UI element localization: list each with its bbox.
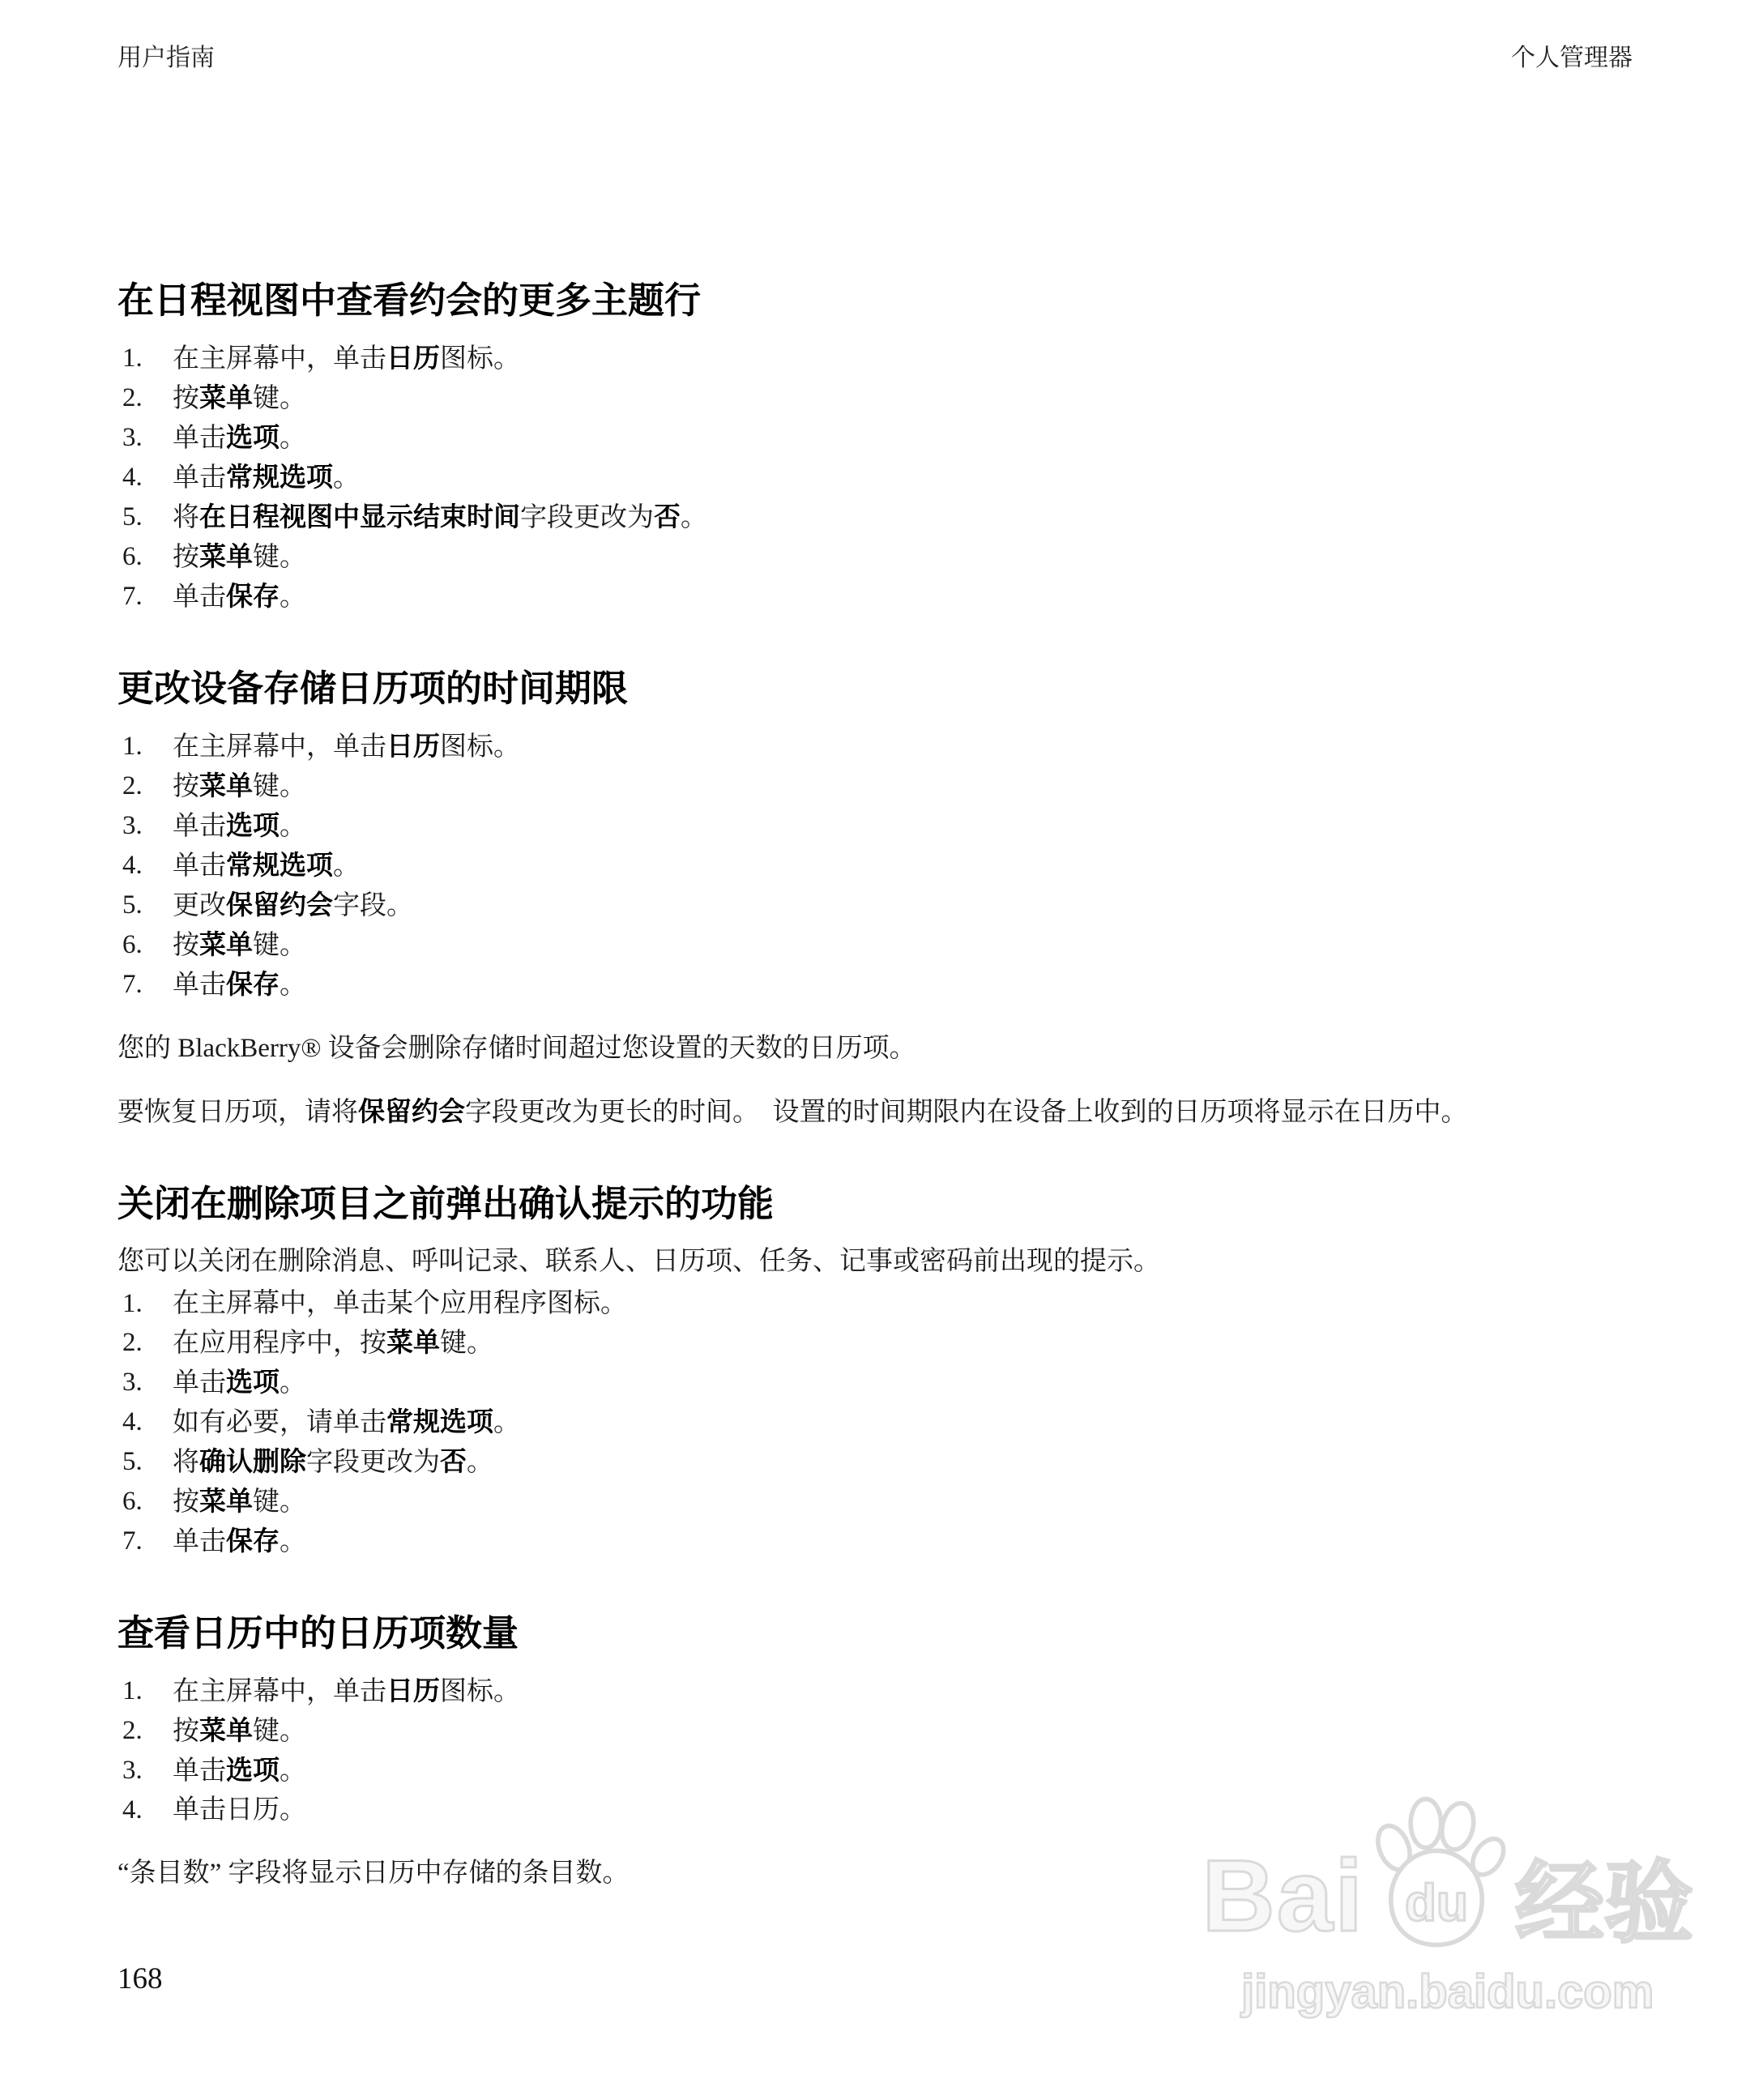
step-item: 将在日程视图中显示结束时间字段更改为否。 bbox=[117, 497, 1633, 537]
plain-text: 单击 bbox=[173, 424, 226, 453]
step-item: 单击保存。 bbox=[117, 965, 1633, 1005]
step-item: 单击选项。 bbox=[117, 418, 1633, 458]
emphasized-text: 常规选项 bbox=[226, 850, 333, 880]
plain-text: 键。 bbox=[253, 543, 306, 572]
emphasized-text: 否 bbox=[440, 1446, 467, 1476]
emphasized-text: 否 bbox=[654, 502, 681, 531]
plain-text: 要恢复日历项，请将 bbox=[117, 1098, 358, 1127]
step-item: 单击常规选项。 bbox=[117, 458, 1633, 497]
plain-text: 字段更改为 bbox=[306, 1448, 440, 1477]
emphasized-text: 菜单 bbox=[386, 1327, 440, 1357]
plain-text: 在主屏幕中，单击 bbox=[173, 344, 386, 373]
watermark-logo-row: Bai du 经验 bbox=[1202, 1832, 1693, 1960]
emphasized-text: 保存 bbox=[226, 969, 280, 999]
step-item: 单击选项。 bbox=[117, 1363, 1633, 1402]
emphasized-text: 选项 bbox=[226, 810, 280, 840]
plain-text: 单击 bbox=[173, 463, 226, 493]
plain-text: 按 bbox=[173, 931, 199, 960]
step-item: 单击保存。 bbox=[117, 1522, 1633, 1561]
step-item: 按菜单键。 bbox=[117, 1482, 1633, 1522]
emphasized-text: 选项 bbox=[226, 422, 280, 452]
body-paragraph: 您的 BlackBerry® 设备会删除存储时间超过您设置的天数的日历项。 bbox=[117, 1029, 1633, 1068]
plain-text: 在主屏幕中，单击 bbox=[173, 732, 386, 762]
jingyan-logo-text: 经验 bbox=[1515, 1832, 1693, 1960]
plain-text: 。 bbox=[333, 463, 360, 493]
plain-text: 键。 bbox=[253, 1717, 306, 1746]
plain-text: 按 bbox=[173, 1487, 199, 1517]
emphasized-text: 日历 bbox=[386, 343, 440, 373]
plain-text: 。 bbox=[280, 424, 306, 453]
baidu-jingyan-watermark: Bai du 经验 jingyan.baidu.com bbox=[1202, 1832, 1693, 2019]
emphasized-text: 保留约会 bbox=[358, 1096, 465, 1126]
header-chapter-title: 个人管理器 bbox=[1511, 42, 1633, 75]
page-number: 168 bbox=[117, 1961, 163, 1996]
plain-text: 图标。 bbox=[440, 1677, 520, 1706]
plain-text: 字段。 bbox=[333, 891, 413, 920]
step-item: 按菜单键。 bbox=[117, 1711, 1633, 1751]
plain-text: 键。 bbox=[253, 772, 306, 801]
plain-text: 更改 bbox=[173, 891, 226, 920]
step-item: 按菜单键。 bbox=[117, 537, 1633, 577]
step-item: 单击保存。 bbox=[117, 577, 1633, 617]
plain-text: 在主屏幕中，单击某个应用程序图标。 bbox=[173, 1289, 627, 1318]
plain-text: 单击 bbox=[173, 812, 226, 841]
steps-list: 在主屏幕中，单击日历图标。 按菜单键。 单击选项。 单击常规选项。 更改保留约会… bbox=[117, 727, 1633, 1005]
plain-text: 。 bbox=[493, 1408, 520, 1437]
plain-text: 图标。 bbox=[440, 344, 520, 373]
step-item: 单击选项。 bbox=[117, 1751, 1633, 1791]
baidu-logo-text-bai: Bai bbox=[1202, 1838, 1364, 1954]
plain-text: 。 bbox=[280, 971, 306, 1000]
section-agenda-subject-lines: 在日程视图中查看约会的更多主题行 在主屏幕中，单击日历图标。 按菜单键。 单击选… bbox=[117, 279, 1633, 617]
step-item: 在应用程序中，按菜单键。 bbox=[117, 1323, 1633, 1363]
plain-text: 图标。 bbox=[440, 732, 520, 762]
baidu-logo-text-du: du bbox=[1405, 1873, 1468, 1931]
plain-text: 如有必要，请单击 bbox=[173, 1408, 386, 1437]
emphasized-text: 选项 bbox=[226, 1367, 280, 1397]
document-body: 在日程视图中查看约会的更多主题行 在主屏幕中，单击日历图标。 按菜单键。 单击选… bbox=[0, 279, 1750, 1893]
plain-text: 单击 bbox=[173, 1368, 226, 1398]
plain-text: 按 bbox=[173, 543, 199, 572]
step-item: 在主屏幕中，单击日历图标。 bbox=[117, 727, 1633, 766]
emphasized-text: 菜单 bbox=[199, 541, 253, 571]
plain-text: 单击 bbox=[173, 1756, 226, 1786]
plain-text: 将 bbox=[173, 1448, 199, 1477]
plain-text: 单击 bbox=[173, 852, 226, 881]
plain-text: 。 bbox=[280, 812, 306, 841]
emphasized-text: 日历 bbox=[386, 1675, 440, 1705]
steps-list: 在主屏幕中，单击某个应用程序图标。 在应用程序中，按菜单键。 单击选项。 如有必… bbox=[117, 1284, 1633, 1561]
section-intro-paragraph: 您可以关闭在删除消息、呼叫记录、联系人、日历项、任务、记事或密码前出现的提示。 bbox=[117, 1242, 1633, 1281]
step-item: 按菜单键。 bbox=[117, 925, 1633, 965]
plain-text: 。 bbox=[467, 1448, 493, 1477]
emphasized-text: 菜单 bbox=[199, 929, 253, 959]
emphasized-text: 保存 bbox=[226, 1526, 280, 1556]
plain-text: 。 bbox=[333, 852, 360, 881]
emphasized-text: 保存 bbox=[226, 581, 280, 611]
plain-text: 按 bbox=[173, 1717, 199, 1746]
section-heading: 关闭在删除项目之前弹出确认提示的功能 bbox=[117, 1182, 1633, 1226]
plain-text: 您可以关闭在删除消息、呼叫记录、联系人、日历项、任务、记事或密码前出现的提示。 bbox=[117, 1247, 1160, 1276]
plain-text: 单击 bbox=[173, 583, 226, 612]
plain-text: 在应用程序中，按 bbox=[173, 1329, 386, 1358]
step-item: 将确认删除字段更改为否。 bbox=[117, 1442, 1633, 1482]
emphasized-text: 常规选项 bbox=[226, 462, 333, 492]
step-item: 在主屏幕中，单击日历图标。 bbox=[117, 1671, 1633, 1711]
plain-text: 键。 bbox=[440, 1329, 493, 1358]
steps-list: 在主屏幕中，单击日历图标。 按菜单键。 单击选项。 单击常规选项。 将在日程视图… bbox=[117, 339, 1633, 617]
step-item: 单击常规选项。 bbox=[117, 846, 1633, 886]
plain-text: 按 bbox=[173, 384, 199, 413]
emphasized-text: 在日程视图中显示结束时间 bbox=[199, 502, 520, 531]
section-calendar-storage-period: 更改设备存储日历项的时间期限 在主屏幕中，单击日历图标。 按菜单键。 单击选项。… bbox=[117, 667, 1633, 1132]
step-item: 更改保留约会字段。 bbox=[117, 886, 1633, 925]
plain-text: 将 bbox=[173, 503, 199, 532]
step-item: 在主屏幕中，单击日历图标。 bbox=[117, 339, 1633, 378]
plain-text: 键。 bbox=[253, 931, 306, 960]
plain-text: 按 bbox=[173, 772, 199, 801]
section-heading: 在日程视图中查看约会的更多主题行 bbox=[117, 279, 1633, 322]
plain-text: 在主屏幕中，单击 bbox=[173, 1677, 386, 1706]
emphasized-text: 选项 bbox=[226, 1755, 280, 1785]
page-header: 用户指南 个人管理器 bbox=[0, 0, 1750, 75]
section-heading: 更改设备存储日历项的时间期限 bbox=[117, 667, 1633, 711]
header-doc-title: 用户指南 bbox=[117, 42, 215, 75]
plain-text: 键。 bbox=[253, 384, 306, 413]
emphasized-text: 菜单 bbox=[199, 1486, 253, 1516]
watermark-url: jingyan.baidu.com bbox=[1202, 1965, 1693, 2019]
plain-text: 。 bbox=[280, 1527, 306, 1556]
emphasized-text: 常规选项 bbox=[386, 1406, 493, 1436]
plain-text: 字段更改为 bbox=[520, 503, 654, 532]
section-heading: 查看日历中的日历项数量 bbox=[117, 1611, 1633, 1655]
plain-text: 字段更改为更长的时间。 设置的时间期限内在设备上收到的日历项将显示在日历中。 bbox=[465, 1098, 1468, 1127]
plain-text: 键。 bbox=[253, 1487, 306, 1517]
plain-text: 。 bbox=[280, 1756, 306, 1786]
emphasized-text: 菜单 bbox=[199, 382, 253, 412]
plain-text: 单击 bbox=[173, 971, 226, 1000]
emphasized-text: 菜单 bbox=[199, 1715, 253, 1745]
plain-text: 。 bbox=[681, 503, 707, 532]
plain-text: 单击日历。 bbox=[173, 1795, 306, 1825]
plain-text: 。 bbox=[280, 1368, 306, 1398]
step-item: 如有必要，请单击常规选项。 bbox=[117, 1402, 1633, 1442]
plain-text: 。 bbox=[280, 583, 306, 612]
emphasized-text: 日历 bbox=[386, 731, 440, 761]
step-item: 在主屏幕中，单击某个应用程序图标。 bbox=[117, 1284, 1633, 1323]
section-turn-off-delete-prompt: 关闭在删除项目之前弹出确认提示的功能 您可以关闭在删除消息、呼叫记录、联系人、日… bbox=[117, 1182, 1633, 1561]
step-item: 单击选项。 bbox=[117, 806, 1633, 846]
plain-text: 单击 bbox=[173, 1527, 226, 1556]
emphasized-text: 保留约会 bbox=[226, 890, 333, 920]
plain-text: 您的 BlackBerry® 设备会删除存储时间超过您设置的天数的日历项。 bbox=[117, 1034, 916, 1063]
emphasized-text: 菜单 bbox=[199, 770, 253, 800]
step-item: 按菜单键。 bbox=[117, 766, 1633, 806]
emphasized-text: 确认删除 bbox=[199, 1446, 306, 1476]
plain-text: “条目数” 字段将显示日历中存储的条目数。 bbox=[117, 1859, 630, 1888]
body-paragraph: 要恢复日历项，请将保留约会字段更改为更长的时间。 设置的时间期限内在设备上收到的… bbox=[117, 1092, 1633, 1132]
baidu-paw-icon: du bbox=[1359, 1793, 1513, 1951]
step-item: 按菜单键。 bbox=[117, 378, 1633, 418]
